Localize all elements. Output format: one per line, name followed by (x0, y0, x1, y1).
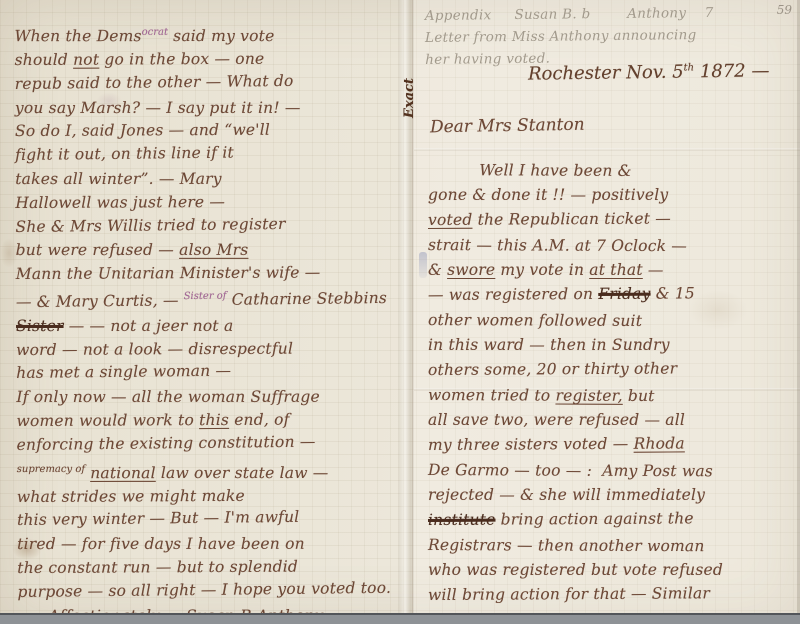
right-page-line-3: voted the Republican ticket — (428, 206, 796, 233)
left-page-line-7: takes all winter”. — Mary (15, 168, 407, 192)
ink-insertion: supremacy of (17, 464, 85, 475)
ink-insertion: th (684, 62, 695, 73)
left-page-line-16: If only now — all the woman Suffrage (16, 386, 408, 410)
left-page-line-13: Sister — — not a jeer not a (16, 315, 408, 339)
underlined-word: voted (428, 211, 473, 229)
pencil-insertion: ocrat (142, 27, 168, 38)
left-page-line-19: supremacy of national law over state law… (17, 457, 409, 485)
left-page-line-1: When the Demsocrat said my vote (14, 21, 406, 49)
letter-scan: When the Demsocrat said my voteshould no… (0, 0, 800, 624)
right-page-line-7: other women followed suit (428, 308, 796, 335)
right-page-line-12: my three sisters voted — Rhoda (428, 431, 796, 458)
underlined-word: swore (447, 261, 495, 279)
underlined-word: national (90, 464, 156, 482)
vertical-margin-note: Exact (402, 38, 417, 118)
left-page-text: When the Demsocrat said my voteshould no… (14, 19, 409, 624)
left-page-line-10: but were refused — also Mrs (16, 239, 408, 263)
struck-word: Sister (16, 317, 64, 335)
page-number: 59 (777, 3, 792, 17)
right-page-line-8: in this ward — then in Sundry (428, 333, 796, 358)
left-page-line-18: enforcing the existing constitution — (17, 429, 409, 457)
right-page-line-14: rejected — & she will immediately (428, 483, 796, 508)
right-page-line-11: all save two, were refused — all (428, 408, 796, 433)
left-page-line-4: you say Marsh? — I say put it in! — (15, 96, 407, 120)
right-page-line-16: Registrars — then another woman (428, 533, 796, 560)
right-page-text: Well I have been &gone & done it !! — po… (428, 158, 796, 608)
left-page-line-15: has met a single woman — (16, 358, 408, 386)
left-page-line-9: She & Mrs Willis tried to register (15, 211, 407, 239)
right-page-line-15: institute bring action against the (428, 506, 796, 533)
salutation: Dear Mrs Stanton (430, 115, 585, 138)
underlined-word: also Mrs (179, 241, 248, 259)
right-page-line-17: who was registered but vote refused (428, 558, 796, 583)
underlined-word: not (73, 51, 99, 69)
right-page-line-1: Well I have been & (428, 158, 796, 185)
struck-word: Friday (598, 285, 650, 303)
left-page-line-21: this very winter — But — I'm awful (17, 505, 409, 533)
underlined-word: this (199, 411, 229, 429)
right-page-line-2: gone & done it !! — positively (428, 183, 796, 208)
right-page-line-9: others some, 20 or thirty other (428, 356, 796, 383)
dateline: Rochester Nov. 5th 1872 — (528, 60, 770, 84)
right-page-line-10: women tried to register, but (428, 383, 796, 410)
underlined-word: register, (555, 387, 622, 405)
left-page-line-3: repub said to the other — What do (15, 68, 407, 96)
left-page-line-6: fight it out, on this line if it (15, 140, 407, 168)
right-page-line-13: De Garmo — too — : Amy Post was (428, 458, 796, 485)
right-page-line-5: & swore my vote in at that — (428, 258, 796, 283)
fold-crease (414, 148, 800, 151)
left-page-line-22: tired — for five days I have been on (17, 533, 409, 557)
left-page-line-12: — & Mary Curtis, — Sister of Catharine S… (16, 283, 408, 315)
scan-bottom-edge (0, 613, 800, 624)
right-page-line-18: will bring action for that — Similar (428, 581, 796, 608)
pencil-insertion: Sister of (184, 291, 227, 302)
underlined-word: Rhoda (634, 434, 685, 452)
left-page-line-24: purpose — so all right — I hope you vote… (17, 576, 409, 604)
struck-word: institute (428, 511, 496, 529)
underlined-word: at that (589, 261, 642, 279)
right-page-line-4: strait — this A.M. at 7 Oclock — (428, 233, 796, 260)
right-page-line-6: — was registered on Friday & 15 (428, 281, 796, 308)
